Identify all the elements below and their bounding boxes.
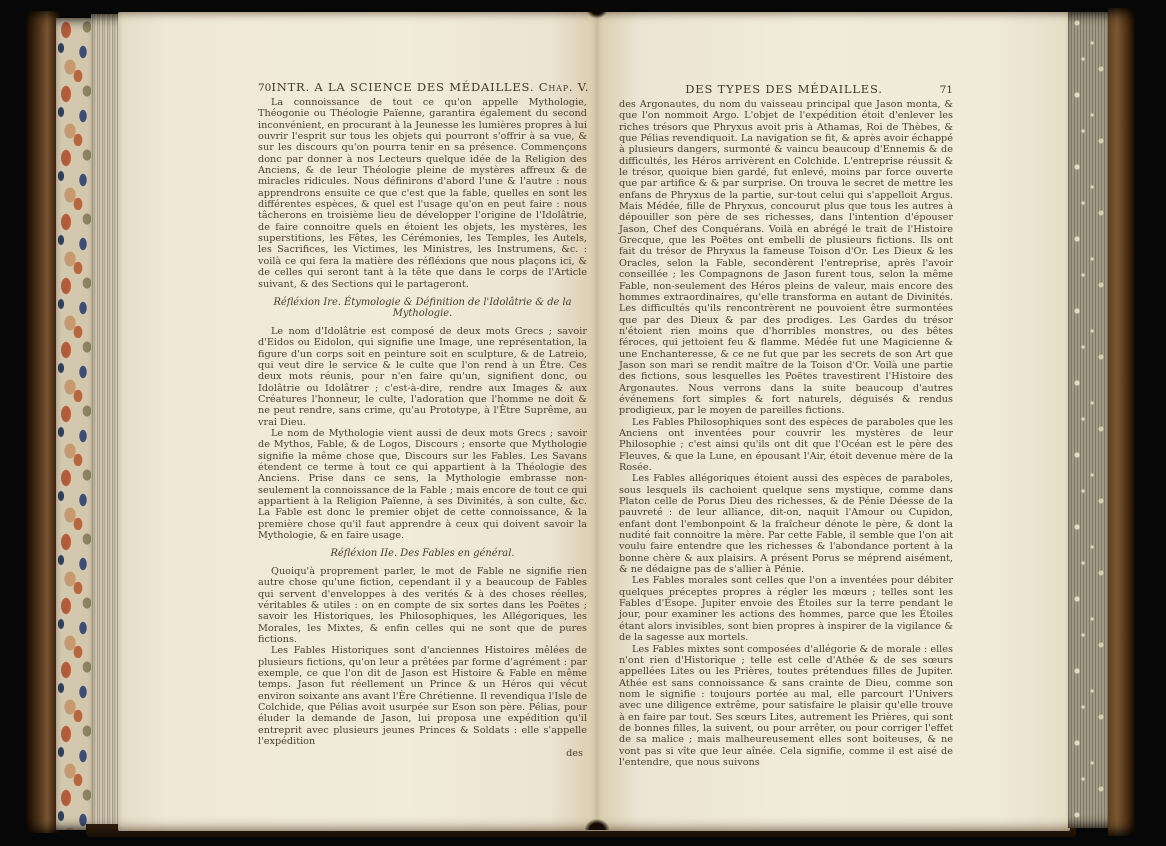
left-page-number: 70 [258, 82, 271, 94]
right-page-number: 71 [919, 84, 953, 96]
right-page-text-column: DES TYPES DES MÉDAILLES. 71 des Argonaut… [619, 82, 953, 768]
open-book: 70 INTR. A LA SCIENCE DES MÉDAILLES. Cha… [26, 8, 1135, 838]
book-scan: 70 INTR. A LA SCIENCE DES MÉDAILLES. Cha… [0, 0, 1166, 846]
paragraph: Les Fables allégoriques étoient aussi de… [619, 473, 953, 575]
left-running-title: INTR. A LA SCIENCE DES MÉDAILLES. Chap. … [271, 80, 589, 94]
right-page-body: des Argonautes, du nom du vaisseau princ… [619, 99, 953, 768]
paragraph: Le nom de Mythologie vient aussi de deux… [258, 428, 587, 541]
marbled-endpaper-edge [56, 18, 93, 830]
catchword: des [258, 748, 587, 759]
paragraph: La connoissance de tout ce qu'on appelle… [258, 97, 587, 290]
paragraph: Les Fables morales sont celles que l'on … [619, 575, 953, 643]
left-page-body: La connoissance de tout ce qu'on appelle… [258, 97, 587, 760]
left-page-text-column: 70 INTR. A LA SCIENCE DES MÉDAILLES. Cha… [258, 80, 587, 760]
section-heading-reflexion-2: Réfléxion IIe. Des Fables en général. [264, 548, 581, 560]
paragraph: des Argonautes, du nom du vaisseau princ… [619, 99, 953, 417]
right-running-head: DES TYPES DES MÉDAILLES. 71 [619, 82, 953, 96]
section-heading-reflexion-1: Réfléxion Ire. Étymologie & Définition d… [264, 297, 581, 320]
right-page-fore-edge [1068, 12, 1110, 828]
paragraph: Quoiqu'à proprement parler, le mot de Fa… [258, 566, 587, 645]
left-page-fore-edge [91, 14, 121, 832]
left-running-head: 70 INTR. A LA SCIENCE DES MÉDAILLES. Cha… [258, 80, 587, 94]
paragraph: Les Fables Historiques sont d'anciennes … [258, 645, 587, 747]
paragraph: Les Fables Philosophiques sont des espèc… [619, 417, 953, 474]
paragraph: Les Fables mixtes sont composées d'allég… [619, 644, 953, 769]
gutter-shadow-bottom [582, 812, 612, 830]
paragraph: Le nom d'Idolâtrie est composé de deux m… [258, 326, 587, 428]
right-cover-board [1108, 8, 1135, 836]
gutter-shadow-top [582, 8, 612, 26]
right-running-title: DES TYPES DES MÉDAILLES. [649, 82, 919, 96]
left-cover-board [26, 11, 60, 833]
